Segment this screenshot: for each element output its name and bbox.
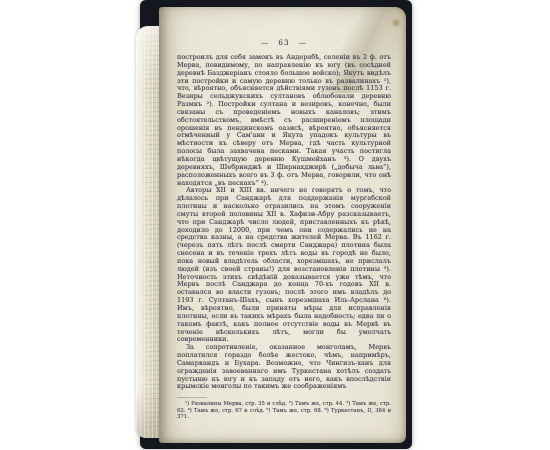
- footnotes: ¹) Развалины Мерва, стр. 35 и слѣд. ²) Т…: [177, 401, 391, 420]
- paragraph: Авторы XII и XIII вв. ничего не говорятъ…: [177, 187, 391, 344]
- page-number: — 63 —: [177, 38, 391, 47]
- text-column: построилъ для себя замокъ въ Андерабѣ, с…: [177, 54, 391, 420]
- footnote-rule: [177, 397, 207, 398]
- book-page-photo: — 63 — построилъ для себя замокъ въ Анде…: [0, 0, 550, 450]
- book-page: — 63 — построилъ для себя замокъ въ Анде…: [159, 7, 406, 443]
- paragraph: построилъ для себя замокъ въ Андерабѣ, с…: [177, 54, 391, 187]
- foxing-spot: [382, 17, 402, 37]
- paragraph: За сопротивленіе, оказанное монголамъ, М…: [177, 344, 391, 391]
